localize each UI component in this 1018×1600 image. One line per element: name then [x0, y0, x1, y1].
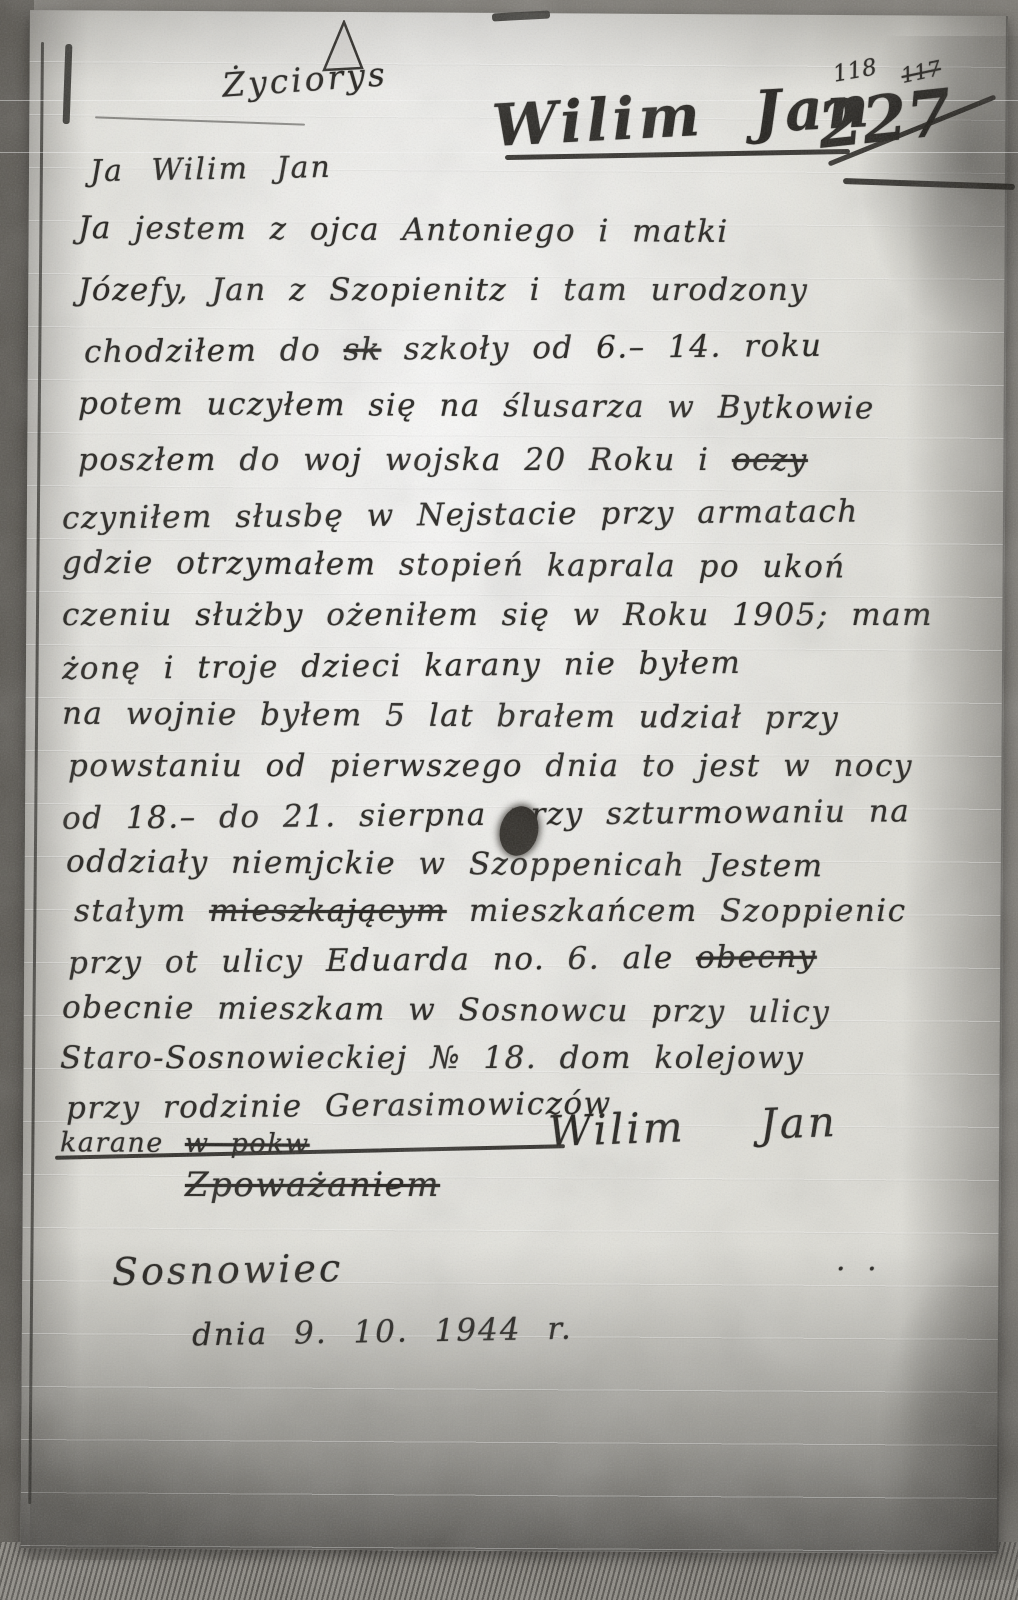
handwritten-line: od 18.– do 21. sierpna przy szturmowaniu… [62, 793, 911, 836]
scanned-letter-page: Życiorys Wilim Jan 118 117 227 Ja Wilim … [0, 0, 1018, 1600]
handwritten-line: obecnie mieszkam w Sosnowcu przy ulicy [62, 990, 831, 1031]
handwritten-line: czeniu służby ożeniłem się w Roku 1905; … [62, 597, 933, 633]
handwritten-line: przy ot ulicy Eduarda no. 6. ale obecny [68, 939, 817, 982]
ink-dots: · · [836, 1252, 883, 1287]
handwritten-line: oddziały niemjckie w Szoppenicah Jestem [66, 844, 824, 885]
handwritten-line: przy rodzinie Gerasimowiczów [66, 1086, 612, 1127]
handwritten-line: Józefy, Jan z Szopienitz i tam urodzony [78, 272, 808, 308]
date-line: dnia 9. 10. 1944 r. [192, 1311, 573, 1354]
handwritten-line: Ja jestem z ojca Antoniego i matki [78, 210, 729, 250]
handwritten-line: poszłem do woj wojska 20 Roku i oczy [78, 442, 808, 478]
signature: Wilim Jan [547, 1097, 838, 1156]
handwritten-line: Staro-Sosnowieckiej № 18. dom kolejowy [60, 1040, 804, 1076]
place-line: Sosnowiec [112, 1246, 344, 1294]
handwritten-line: stałym mieszkającym mieszkańcem Szoppien… [74, 893, 907, 929]
handwritten-line: żonę i troje dzieci karany nie byłem [62, 645, 742, 687]
handwritten-line: na wojnie byłem 5 lat brałem udział przy [62, 696, 839, 737]
valediction-line: Zpoważaniem [185, 1165, 440, 1205]
salutation-line: Ja Wilim Jan [90, 150, 332, 189]
handwritten-line: gdzie otrzymałem stopień kaprala po ukoń [62, 545, 846, 586]
handwritten-line: chodziłem do sk szkoły od 6.– 14. roku [84, 328, 823, 370]
handwritten-line: powstaniu od pierwszego dnia to jest w n… [68, 748, 913, 784]
handwritten-line: potem uczyłem się na ślusarza w Bytkowie [78, 386, 875, 427]
handwritten-line: czyniłem słusbę w Nejstacie przy armatac… [62, 494, 859, 537]
